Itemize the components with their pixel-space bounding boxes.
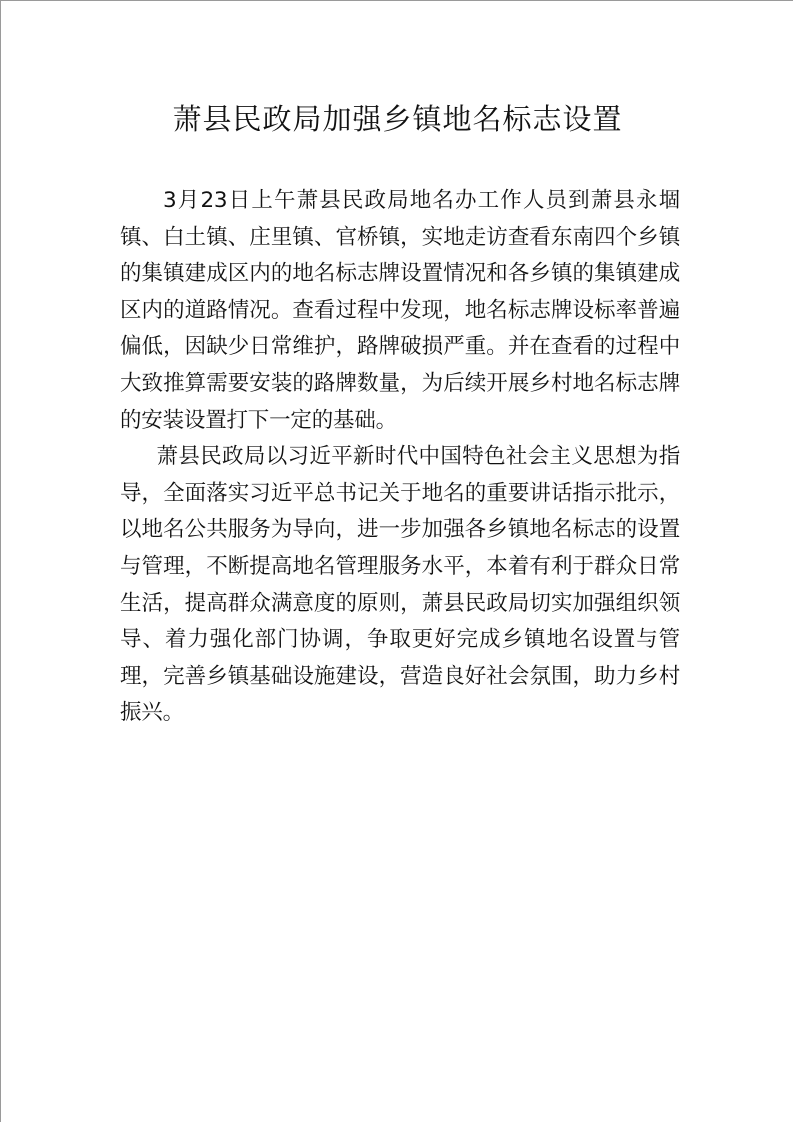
document-page: 萧县民政局加强乡镇地名标志设置 3月23日上午萧县民政局地名办工作人员到萧县永堌… <box>0 0 793 1122</box>
paragraph-2: 萧县民政局以习近平新时代中国特色社会主义思想为指导，全面落实习近平总书记关于地名… <box>120 439 680 732</box>
paragraph-1: 3月23日上午萧县民政局地名办工作人员到萧县永堌镇、白土镇、庄里镇、官桥镇，实地… <box>120 183 680 439</box>
document-title: 萧县民政局加强乡镇地名标志设置 <box>1 99 793 139</box>
document-body: 3月23日上午萧县民政局地名办工作人员到萧县永堌镇、白土镇、庄里镇、官桥镇，实地… <box>120 183 680 732</box>
